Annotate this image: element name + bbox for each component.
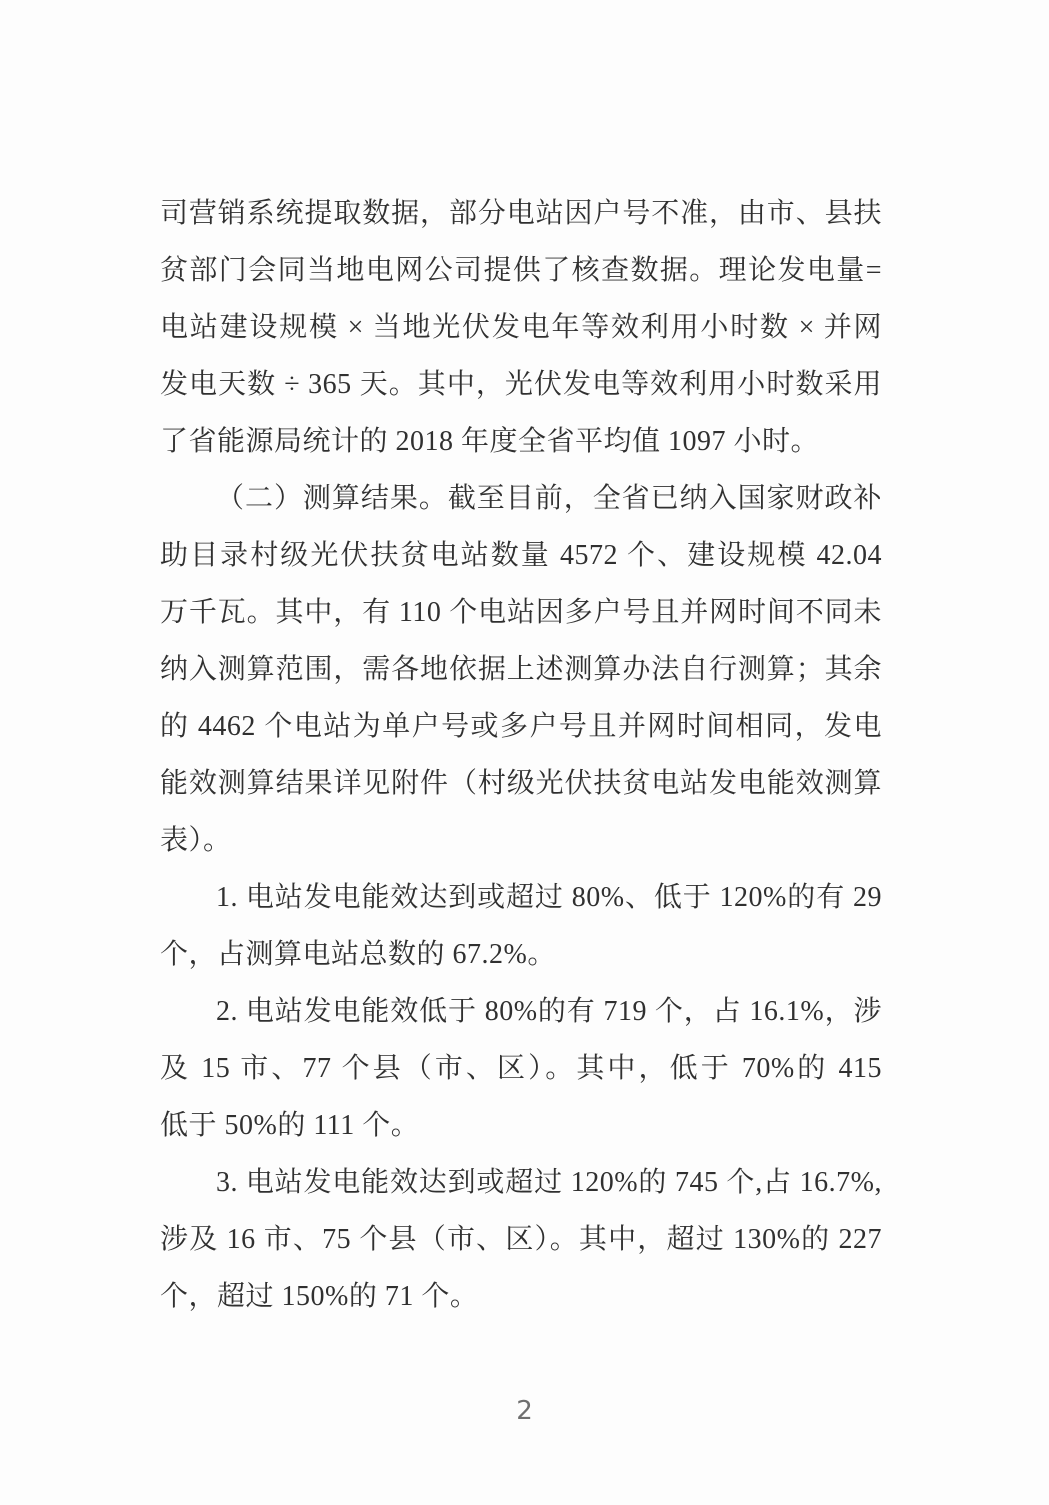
- text-line: 个，超过 150%的 71 个。: [160, 1268, 882, 1325]
- text-line: 低于 50%的 111 个。: [160, 1097, 882, 1154]
- text-line: 1. 电站发电能效达到或超过 80%、低于 120%的有 2998: [160, 869, 882, 926]
- text-line: 3. 电站发电能效达到或超过 120%的 745 个,占 16.7%,: [160, 1154, 882, 1211]
- text-line: 表）。: [160, 812, 882, 869]
- text-line: 助目录村级光伏扶贫电站数量 4572 个、建设规模 42.04: [160, 527, 882, 584]
- document-page: 司营销系统提取数据，部分电站因户号不准，由市、县扶 贫部门会同当地电网公司提供了…: [0, 0, 1049, 1505]
- text-line: 万千瓦。其中，有 110 个电站因多户号且并网时间不同未: [160, 584, 882, 641]
- text-line: 贫部门会同当地电网公司提供了核查数据。理论发电量=: [160, 242, 882, 299]
- document-body: 司营销系统提取数据，部分电站因户号不准，由市、县扶 贫部门会同当地电网公司提供了…: [160, 185, 882, 1325]
- text-line: 2. 电站发电能效低于 80%的有 719 个，占 16.1%，涉: [160, 983, 882, 1040]
- text-line: 个，占测算电站总数的 67.2%。: [160, 926, 882, 983]
- text-line: 司营销系统提取数据，部分电站因户号不准，由市、县扶: [160, 185, 882, 242]
- text-line: 能效测算结果详见附件（村级光伏扶贫电站发电能效测算: [160, 755, 882, 812]
- text-line: 了省能源局统计的 2018 年度全省平均值 1097 小时。: [160, 413, 882, 470]
- text-line: 及 15 市、77 个县（市、区）。其中，低于 70%的 415 个，: [160, 1040, 882, 1097]
- text-line: 发电天数 ÷ 365 天。其中，光伏发电等效利用小时数采用: [160, 356, 882, 413]
- text-line: （二）测算结果。截至目前，全省已纳入国家财政补: [160, 470, 882, 527]
- text-line: 电站建设规模 × 当地光伏发电年等效利用小时数 × 并网: [160, 299, 882, 356]
- text-line: 的 4462 个电站为单户号或多户号且并网时间相同，发电: [160, 698, 882, 755]
- page-number: 2: [0, 1396, 1049, 1426]
- text-line: 纳入测算范围，需各地依据上述测算办法自行测算；其余: [160, 641, 882, 698]
- text-line: 涉及 16 市、75 个县（市、区）。其中，超过 130%的 227: [160, 1211, 882, 1268]
